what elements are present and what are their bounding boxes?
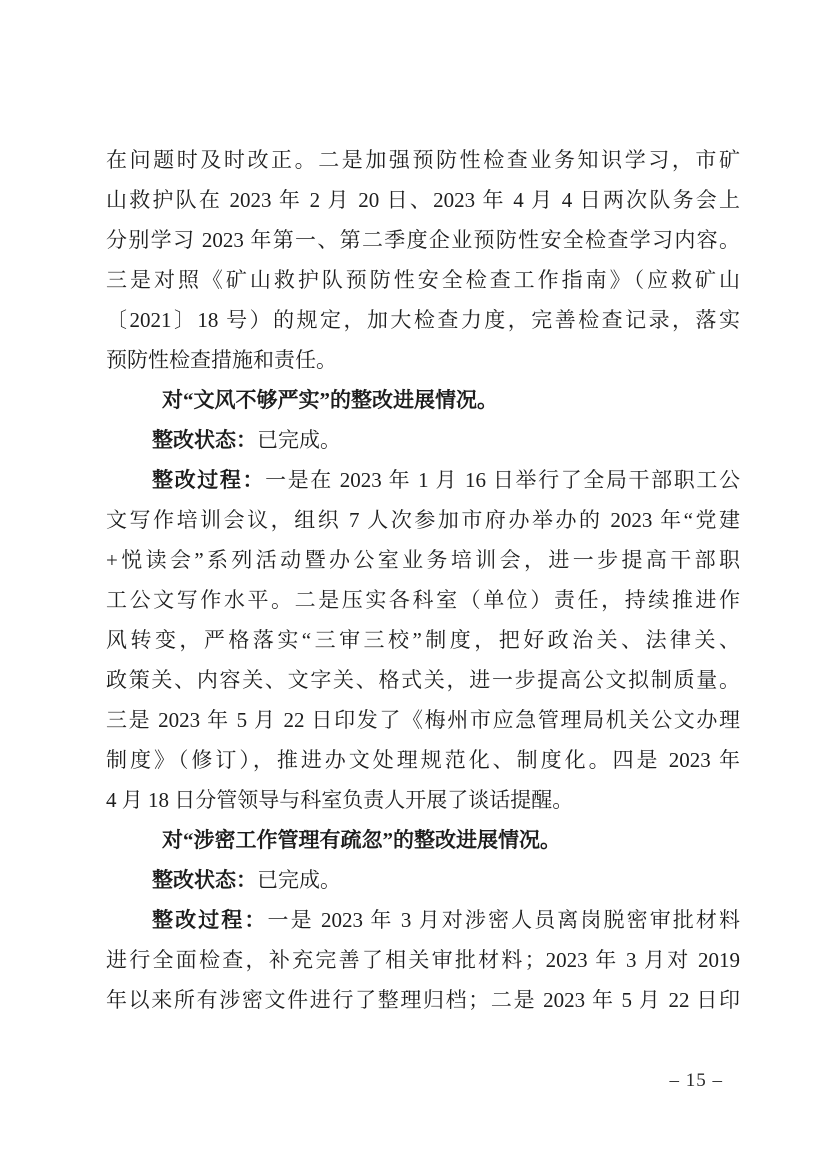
text-segment: 在问题时及时改正。二是加强预防性检查业务知识学习，市矿 <box>106 148 740 172</box>
paragraph-line: 预防性检查措施和责任。 <box>106 340 740 380</box>
paragraph-line: 进行全面检查，补充完善了相关审批材料；2023 年 3 月对 2019 <box>106 940 740 980</box>
text-segment: 文写作培训会议，组织 7 人次参加市府办举办的 2023 年“党建 <box>106 508 740 532</box>
paragraph-line: 〔2021〕18 号）的规定，加大检查力度，完善检查记录，落实 <box>106 300 740 340</box>
process-line: 整改过程：一是在 2023 年 1 月 16 日举行了全局干部职工公 <box>106 460 740 500</box>
bold-label: 整改过程： <box>152 908 268 932</box>
text-segment: 进行全面检查，补充完善了相关审批材料；2023 年 3 月对 2019 <box>106 948 740 972</box>
text-segment: 风转变，严格落实“三审三校”制度，把好政治关、法律关、 <box>106 628 740 652</box>
text-segment: 制度》（修订），推进办文处理规范化、制度化。四是 2023 年 <box>106 748 740 772</box>
paragraph-line: +悦读会”系列活动暨办公室业务培训会，进一步提高干部职 <box>106 540 740 580</box>
text-segment: 〔2021〕18 号）的规定，加大检查力度，完善检查记录，落实 <box>106 308 740 332</box>
section-heading-line: 对“文风不够严实”的整改进展情况。 <box>106 380 740 420</box>
bold-label: 整改状态： <box>152 428 257 452</box>
paragraph-line: 三是对照《矿山救护队预防性安全检查工作指南》（应救矿山 <box>106 260 740 300</box>
page-number: – 15 – <box>670 1069 724 1093</box>
process-line: 整改过程：一是 2023 年 3 月对涉密人员离岗脱密审批材料 <box>106 900 740 940</box>
text-segment: 山救护队在 2023 年 2 月 20 日、2023 年 4 月 4 日两次队务… <box>106 188 740 212</box>
text-segment: 三是对照《矿山救护队预防性安全检查工作指南》（应救矿山 <box>106 268 740 292</box>
paragraph-line: 风转变，严格落实“三审三校”制度，把好政治关、法律关、 <box>106 620 740 660</box>
paragraph-line: 政策关、内容关、文字关、格式关，进一步提高公文拟制质量。 <box>106 660 740 700</box>
bold-label: 整改过程： <box>152 468 265 492</box>
text-segment: 一是 2023 年 3 月对涉密人员离岗脱密审批材料 <box>268 908 741 932</box>
bold-label: 整改状态： <box>152 868 257 892</box>
text-segment: 预防性检查措施和责任。 <box>106 348 337 372</box>
bold-label: 对“文风不够严实”的整改进展情况。 <box>162 388 498 412</box>
text-segment: 年以来所有涉密文件进行了整理归档；二是 2023 年 5 月 22 日印 <box>106 988 740 1012</box>
paragraph-line: 在问题时及时改正。二是加强预防性检查业务知识学习，市矿 <box>106 140 740 180</box>
paragraph-line: 山救护队在 2023 年 2 月 20 日、2023 年 4 月 4 日两次队务… <box>106 180 740 220</box>
paragraph-line: 分别学习 2023 年第一、第二季度企业预防性安全检查学习内容。 <box>106 220 740 260</box>
text-segment: 工公文写作水平。二是压实各科室（单位）责任，持续推进作 <box>106 588 740 612</box>
text-segment: 已完成。 <box>257 428 341 452</box>
text-segment: +悦读会”系列活动暨办公室业务培训会，进一步提高干部职 <box>106 548 740 572</box>
document-page: 在问题时及时改正。二是加强预防性检查业务知识学习，市矿山救护队在 2023 年 … <box>0 0 827 1170</box>
text-block: 在问题时及时改正。二是加强预防性检查业务知识学习，市矿山救护队在 2023 年 … <box>106 140 740 1020</box>
text-segment: 三是 2023 年 5 月 22 日印发了《梅州市应急管理局机关公文办理 <box>106 708 740 732</box>
text-segment: 一是在 2023 年 1 月 16 日举行了全局干部职工公 <box>265 468 740 492</box>
text-segment: 分别学习 2023 年第一、第二季度企业预防性安全检查学习内容。 <box>106 228 740 252</box>
paragraph-line: 三是 2023 年 5 月 22 日印发了《梅州市应急管理局机关公文办理 <box>106 700 740 740</box>
status-line: 整改状态：已完成。 <box>106 420 740 460</box>
text-segment: 政策关、内容关、文字关、格式关，进一步提高公文拟制质量。 <box>106 668 740 692</box>
paragraph-line: 文写作培训会议，组织 7 人次参加市府办举办的 2023 年“党建 <box>106 500 740 540</box>
text-segment: 4 月 18 日分管领导与科室负责人开展了谈话提醒。 <box>106 788 573 812</box>
text-segment: 已完成。 <box>257 868 341 892</box>
status-line: 整改状态：已完成。 <box>106 860 740 900</box>
paragraph-line: 4 月 18 日分管领导与科室负责人开展了谈话提醒。 <box>106 780 740 820</box>
bold-label: 对“涉密工作管理有疏忽”的整改进展情况。 <box>162 828 561 852</box>
paragraph-line: 工公文写作水平。二是压实各科室（单位）责任，持续推进作 <box>106 580 740 620</box>
paragraph-line: 制度》（修订），推进办文处理规范化、制度化。四是 2023 年 <box>106 740 740 780</box>
paragraph-line: 年以来所有涉密文件进行了整理归档；二是 2023 年 5 月 22 日印 <box>106 980 740 1020</box>
section-heading-line: 对“涉密工作管理有疏忽”的整改进展情况。 <box>106 820 740 860</box>
